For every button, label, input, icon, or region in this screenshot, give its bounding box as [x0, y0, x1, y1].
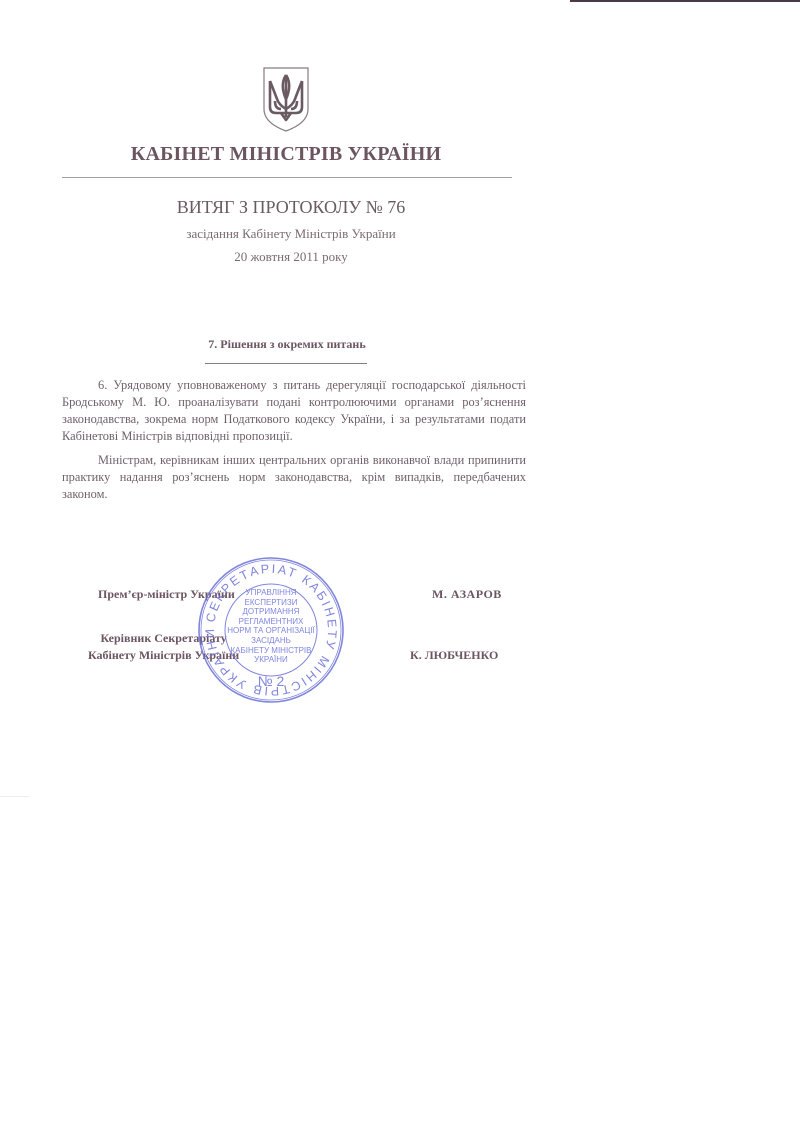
stamp-line: УПРАВЛІННЯ	[226, 588, 316, 598]
signature-name-secretariat-head: К. ЛЮБЧЕНКО	[410, 648, 498, 663]
protocol-title: ВИТЯГ З ПРОТОКОЛУ № 76	[0, 197, 582, 218]
stamp-line: РЕГЛАМЕНТНИХ	[226, 617, 316, 627]
stamp-line: УКРАЇНИ	[226, 655, 316, 665]
stamp-line: ДОТРИМАННЯ	[226, 607, 316, 617]
stamp-line: ЕКСПЕРТИЗИ	[226, 598, 316, 608]
stamp-center-text: УПРАВЛІННЯ ЕКСПЕРТИЗИ ДОТРИМАННЯ РЕГЛАМЕ…	[226, 588, 316, 665]
protocol-subtitle: засідання Кабінету Міністрів України	[0, 226, 582, 242]
official-stamp: СЕКРЕТАРІАТ КАБІНЕТУ МІНІСТРІВ УКРАЇНИ У…	[196, 555, 346, 705]
scan-edge-line	[570, 0, 800, 2]
section-divider	[205, 363, 367, 364]
header-divider	[62, 177, 512, 178]
paragraph-text: Міністрам, керівникам інших центральних …	[62, 452, 526, 503]
paragraph-text: 6. Урядовому уповноваженому з питань дер…	[62, 377, 526, 445]
stamp-line: КАБІНЕТУ МІНІСТРІВ	[226, 646, 316, 656]
stamp-number: № 2	[196, 673, 346, 689]
stamp-line: НОРМ ТА ОРГАНІЗАЦІЇ	[226, 626, 316, 636]
trident-coat-of-arms-icon	[261, 65, 311, 133]
stamp-line: ЗАСІДАНЬ	[226, 636, 316, 646]
document-header-title: КАБІНЕТ МІНІСТРІВ УКРАЇНИ	[0, 143, 572, 166]
protocol-date: 20 жовтня 2011 року	[0, 249, 582, 265]
scan-artifact	[0, 796, 30, 797]
signature-name-prime-minister: М. АЗАРОВ	[432, 587, 502, 602]
body-paragraph: Міністрам, керівникам інших центральних …	[62, 452, 526, 503]
body-paragraph: 6. Урядовому уповноваженому з питань дер…	[62, 377, 526, 445]
section-title: 7. Рішення з окремих питань	[0, 337, 574, 352]
